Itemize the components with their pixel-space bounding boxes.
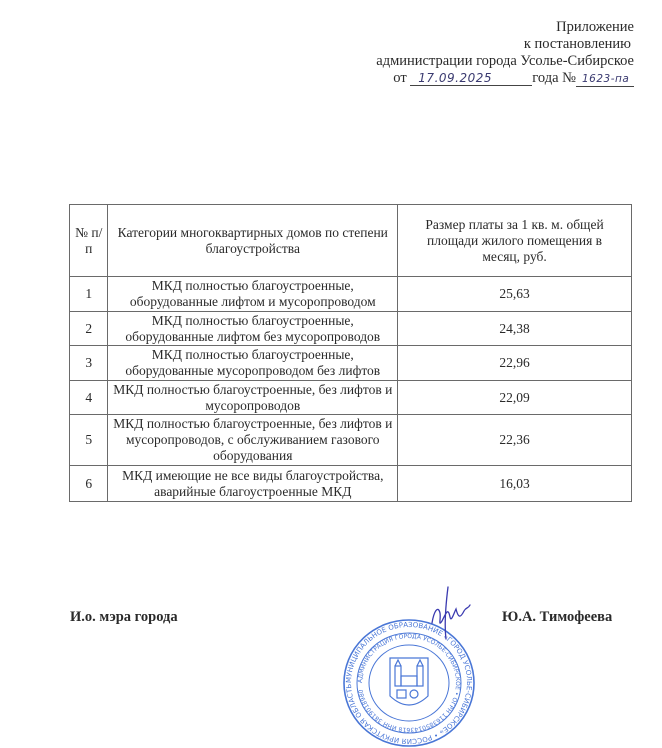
row-fee: 22,96 [398, 346, 632, 381]
handwritten-date: 17.09.2025 [410, 71, 532, 86]
table-row: 5 МКД полностью благоустроенные, без лиф… [70, 415, 632, 466]
appendix-label: Приложение [376, 19, 634, 36]
administration-label: администрации города Усолье-Сибирское [376, 53, 634, 70]
handwritten-signature-icon [426, 583, 476, 643]
row-category: МКД полностью благоустроенные, оборудова… [108, 312, 398, 346]
column-header-number: № п/п [70, 205, 108, 277]
row-fee: 24,38 [398, 312, 632, 346]
signatory-name: Ю.А. Тимофеева [502, 609, 612, 626]
row-number: 2 [70, 312, 108, 346]
year-number-label: года № [532, 70, 576, 86]
document-header: Приложение к постановлению администрации… [376, 19, 634, 87]
date-number-line: от 17.09.2025года №1623-па [376, 70, 634, 87]
signatory-title: И.о. мэра города [70, 609, 178, 626]
row-category: МКД полностью благоустроенные, оборудова… [108, 277, 398, 312]
row-fee: 22,09 [398, 381, 632, 415]
row-fee: 22,36 [398, 415, 632, 466]
row-number: 4 [70, 381, 108, 415]
tariff-table: № п/п Категории многоквартирных домов по… [69, 204, 632, 502]
column-header-fee: Размер платы за 1 кв. м. общей площади ж… [398, 205, 632, 277]
column-header-category: Категории многоквартирных домов по степе… [108, 205, 398, 277]
handwritten-number: 1623-па [576, 72, 634, 87]
table-row: 6 МКД имеющие не все виды благоустройств… [70, 466, 632, 502]
table-row: 1 МКД полностью благоустроенные, оборудо… [70, 277, 632, 312]
row-number: 3 [70, 346, 108, 381]
row-category: МКД имеющие не все виды благоустройства,… [108, 466, 398, 502]
date-prefix: от [393, 70, 406, 86]
resolution-label: к постановлению [376, 36, 631, 53]
row-category: МКД полностью благоустроенные, оборудова… [108, 346, 398, 381]
table-row: 2 МКД полностью благоустроенные, оборудо… [70, 312, 632, 346]
table-row: 3 МКД полностью благоустроенные, оборудо… [70, 346, 632, 381]
row-fee: 16,03 [398, 466, 632, 502]
row-number: 6 [70, 466, 108, 502]
table-row: 4 МКД полностью благоустроенные, без лиф… [70, 381, 632, 415]
row-category: МКД полностью благоустроенные, без лифто… [108, 415, 398, 466]
row-number: 1 [70, 277, 108, 312]
row-number: 5 [70, 415, 108, 466]
row-category: МКД полностью благоустроенные, без лифто… [108, 381, 398, 415]
row-fee: 25,63 [398, 277, 632, 312]
table-header-row: № п/п Категории многоквартирных домов по… [70, 205, 632, 277]
